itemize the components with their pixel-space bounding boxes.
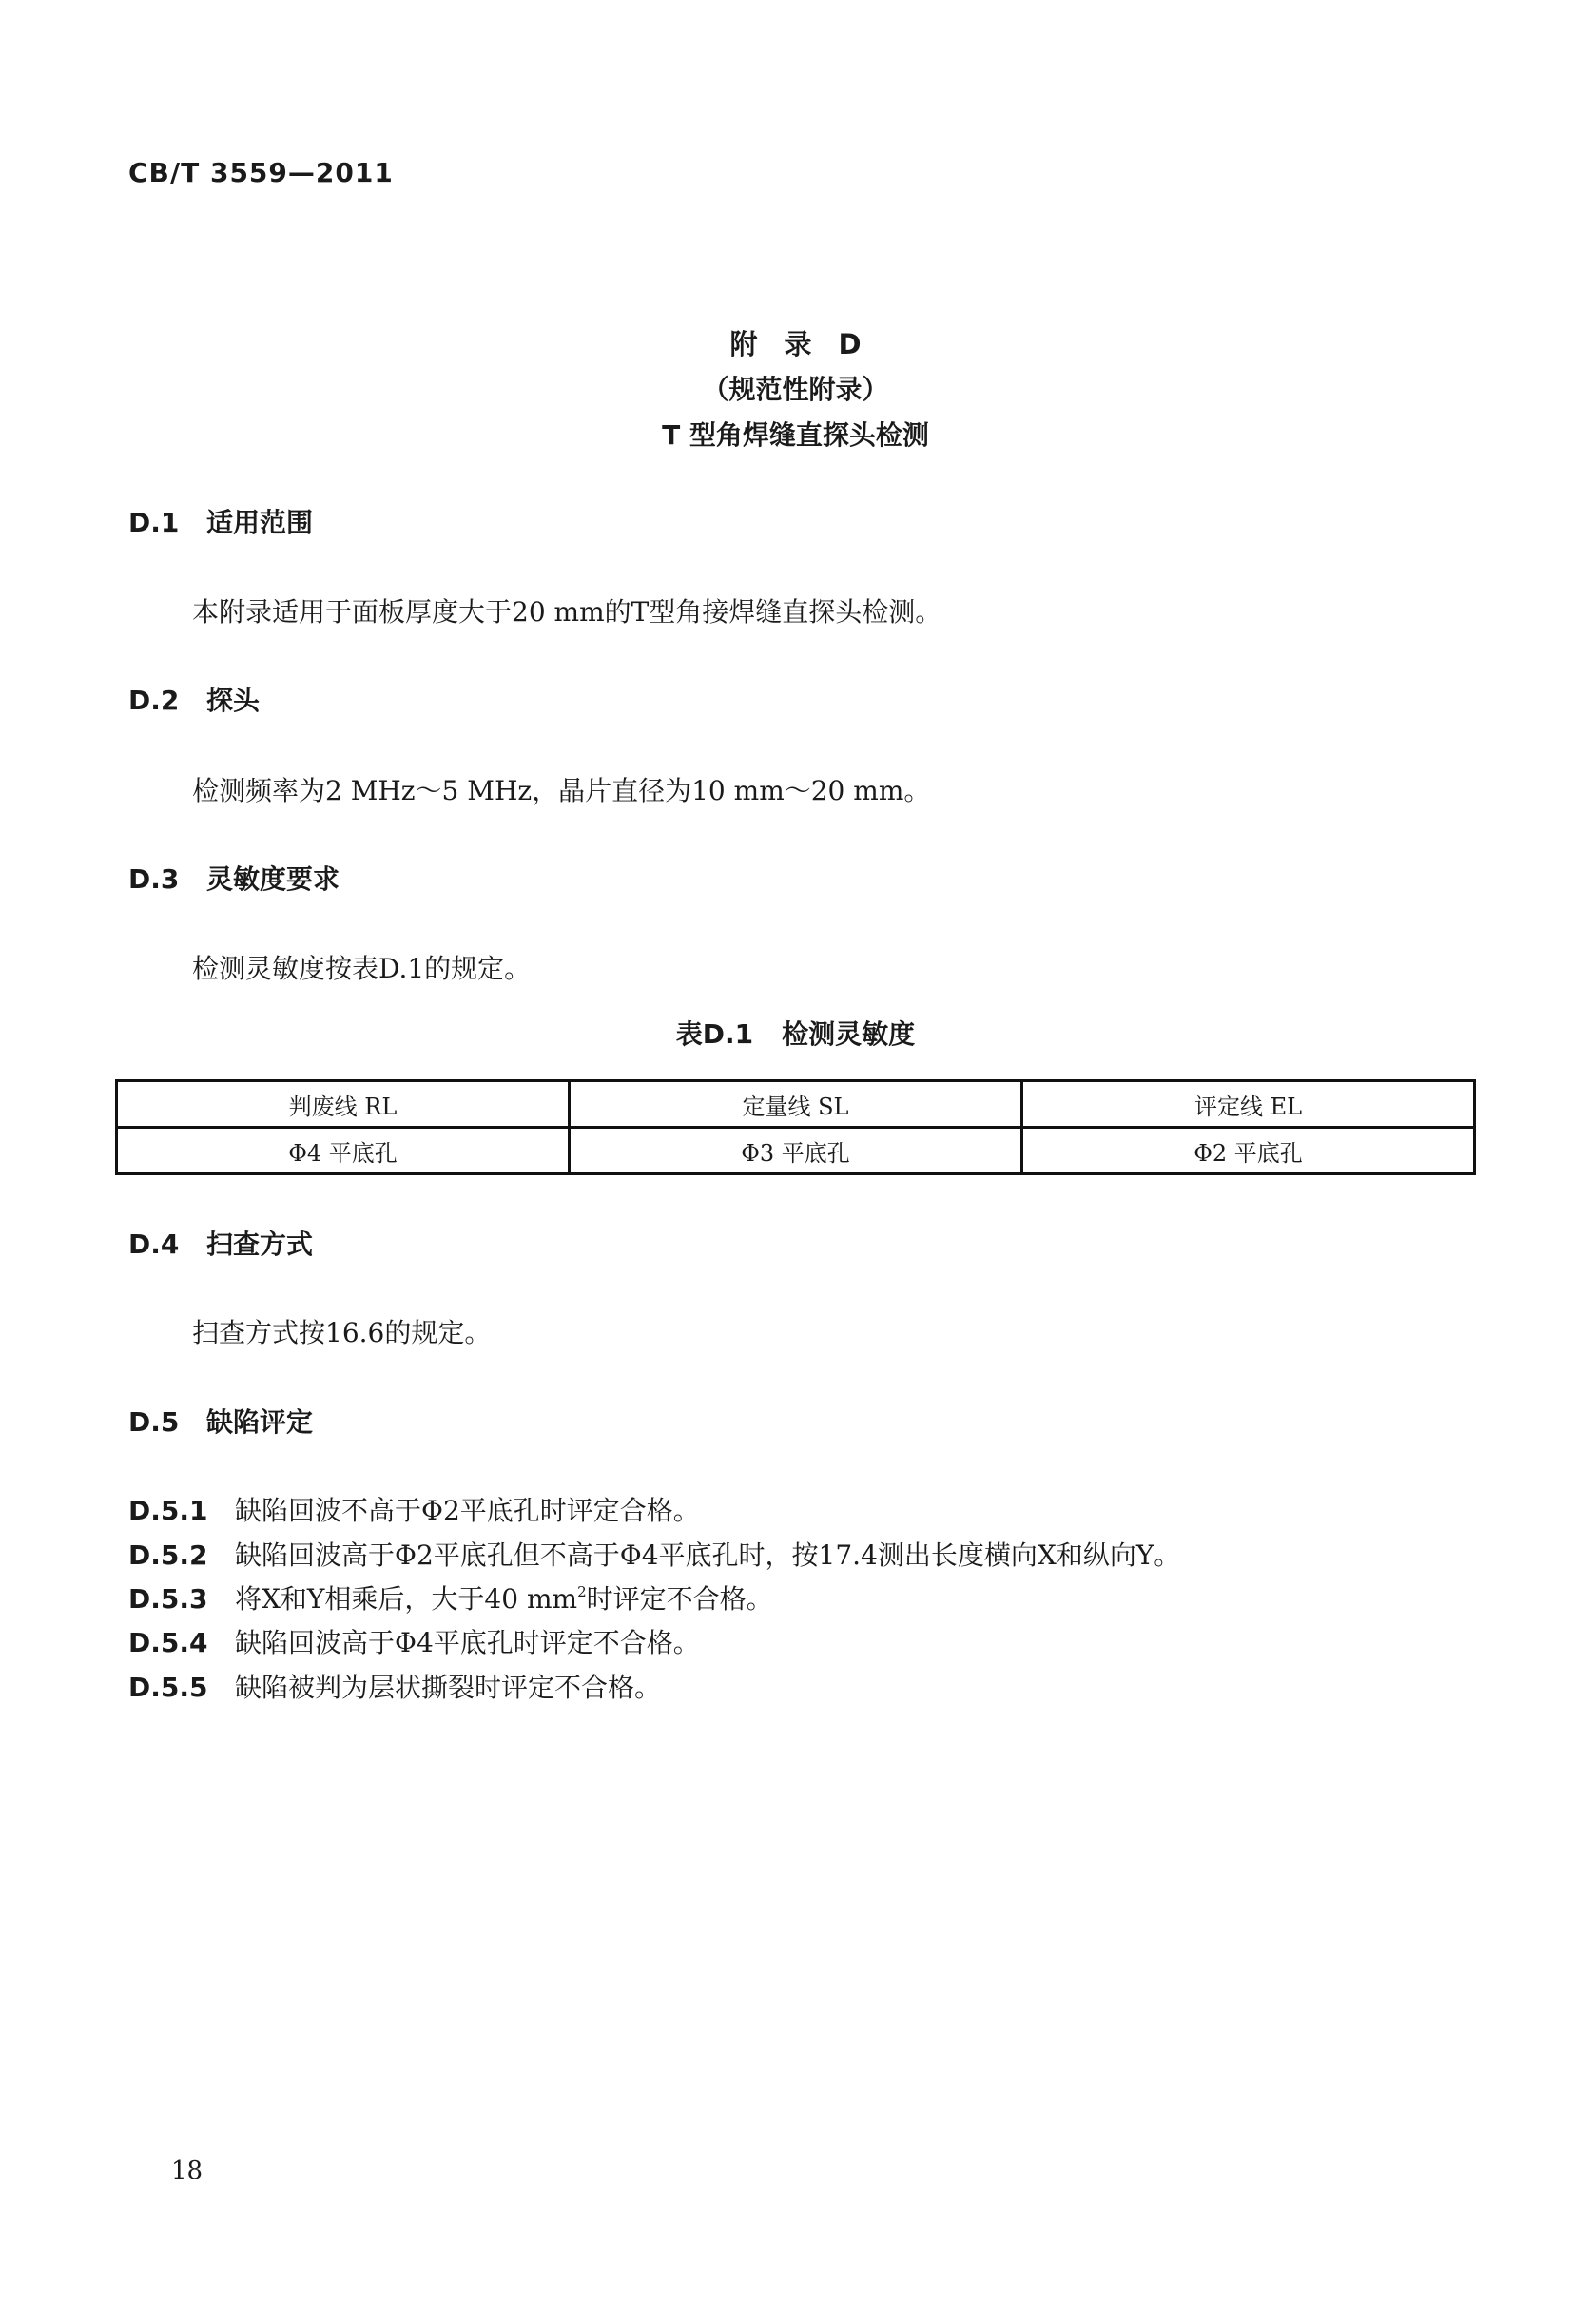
subsection-number: D.5.1 [128,1495,235,1526]
section-title: 缺陷评定 [206,1406,313,1438]
table-row: Φ4 平底孔 Φ3 平底孔 Φ2 平底孔 [117,1128,1475,1174]
annex-title-letter: D [838,328,861,360]
section-number: D.4 [128,1229,206,1260]
subsection-d5-4: D.5.4缺陷回波高于Φ4平底孔时评定不合格。 [128,1622,700,1660]
table-header-cell: 定量线 SL [570,1081,1022,1128]
superscript: 2 [577,1583,587,1600]
subsection-text-before: 将X和Y相乘后，大于40 mm [235,1583,577,1615]
annex-kind: （规范性附录） [0,369,1591,407]
standard-code-header: CB/T 3559—2011 [128,157,394,188]
subsection-d5-3: D.5.3将X和Y相乘后，大于40 mm2时评定不合格。 [128,1578,773,1617]
section-title: 灵敏度要求 [206,863,340,895]
section-title: 探头 [206,685,260,716]
annex-title-word2: 录 [784,328,811,360]
table-header-cell: 评定线 EL [1022,1081,1475,1128]
section-title: 适用范围 [206,507,313,538]
sensitivity-table: 判废线 RL 定量线 SL 评定线 EL Φ4 平底孔 Φ3 平底孔 Φ2 平底… [115,1079,1476,1175]
section-heading-d4: D.4扫查方式 [128,1224,313,1262]
table-cell: Φ3 平底孔 [570,1128,1022,1174]
section-body-d1: 本附录适用于面板厚度大于20 mm的T型角接焊缝直探头检测。 [192,591,941,629]
table-cell: Φ4 平底孔 [117,1128,570,1174]
subsection-text-after: 时评定不合格。 [587,1583,773,1615]
section-number: D.2 [128,685,206,716]
section-title: 扫查方式 [206,1229,313,1260]
table-caption-title: 检测灵敏度 [782,1018,915,1050]
section-body-d4: 扫查方式按16.6的规定。 [192,1312,491,1350]
subsection-d5-1: D.5.1缺陷回波不高于Φ2平底孔时评定合格。 [128,1490,700,1528]
annex-name: T 型角焊缝直探头检测 [0,415,1591,453]
annex-title: 附录D [0,323,1591,362]
subsection-text: 缺陷回波高于Φ2平底孔但不高于Φ4平底孔时，按17.4测出长度横向X和纵向Y。 [235,1540,1180,1571]
annex-title-word1: 附 [729,328,757,360]
subsection-text: 缺陷回波高于Φ4平底孔时评定不合格。 [235,1627,700,1658]
subsection-number: D.5.4 [128,1627,235,1658]
page-number: 18 [171,2157,203,2185]
section-heading-d5: D.5缺陷评定 [128,1402,313,1440]
section-body-d2: 检测频率为2 MHz～5 MHz，晶片直径为10 mm～20 mm。 [192,770,930,808]
section-number: D.5 [128,1406,206,1438]
subsection-text: 缺陷回波不高于Φ2平底孔时评定合格。 [235,1495,700,1526]
table-cell: Φ2 平底孔 [1022,1128,1475,1174]
subsection-text: 缺陷被判为层状撕裂时评定不合格。 [235,1672,661,1703]
subsection-number: D.5.5 [128,1672,235,1703]
section-number: D.3 [128,863,206,895]
table-caption-number: 表D.1 [676,1018,753,1050]
table-header-row: 判废线 RL 定量线 SL 评定线 EL [117,1081,1475,1128]
section-heading-d2: D.2探头 [128,680,260,718]
section-body-d3: 检测灵敏度按表D.1的规定。 [192,948,531,986]
table-caption: 表D.1检测灵敏度 [0,1014,1591,1052]
subsection-d5-2: D.5.2缺陷回波高于Φ2平底孔但不高于Φ4平底孔时，按17.4测出长度横向X和… [128,1535,1180,1573]
subsection-number: D.5.2 [128,1540,235,1571]
subsection-d5-5: D.5.5缺陷被判为层状撕裂时评定不合格。 [128,1667,661,1705]
section-heading-d1: D.1适用范围 [128,502,313,540]
section-number: D.1 [128,507,206,538]
table-header-cell: 判废线 RL [117,1081,570,1128]
section-heading-d3: D.3灵敏度要求 [128,859,340,897]
subsection-number: D.5.3 [128,1583,235,1615]
